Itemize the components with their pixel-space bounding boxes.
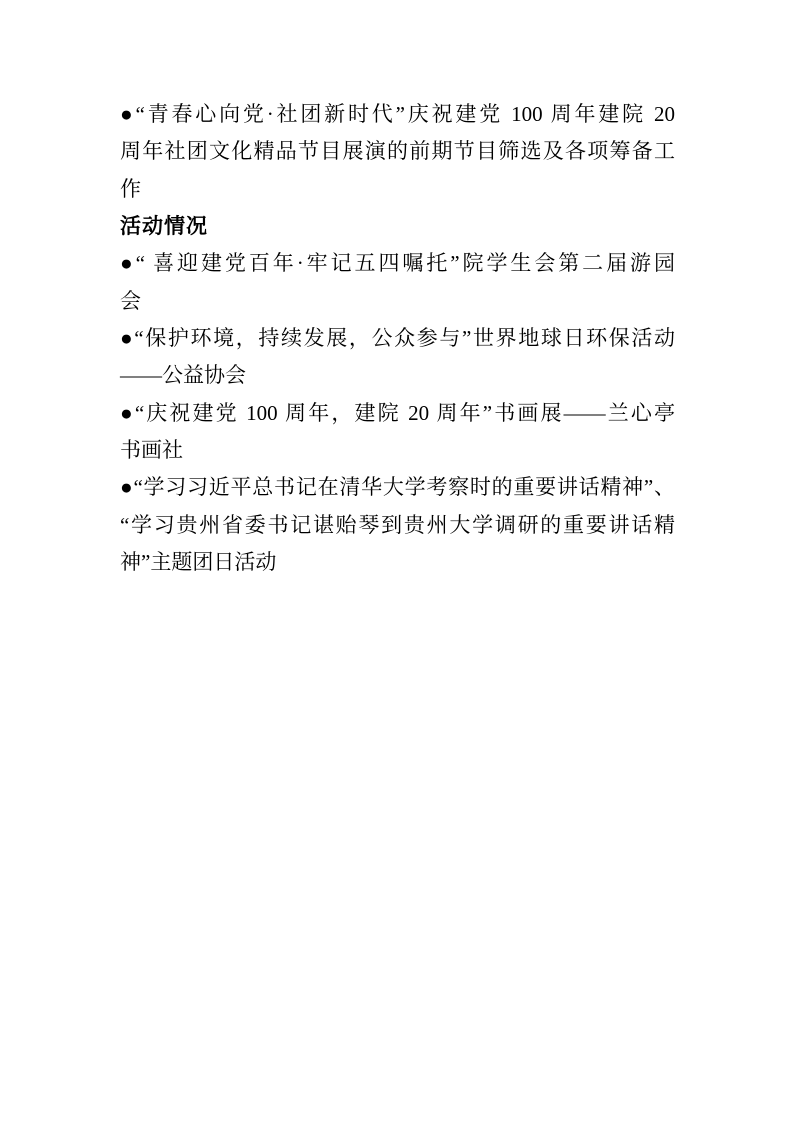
doc-line-bullet-2b: 会 (120, 283, 675, 320)
doc-line-bullet-3a: ●“保护环境，持续发展，公众参与”世界地球日环保活动 (120, 320, 675, 357)
doc-line-bullet-1a: ●“青春心向党·社团新时代”庆祝建党 100 周年建院 20 (120, 96, 675, 133)
section-heading: 活动情况 (120, 208, 675, 245)
doc-line-bullet-5a: ●“学习习近平总书记在清华大学考察时的重要讲话精神”、 (120, 469, 675, 506)
doc-line-bullet-4a: ●“庆祝建党 100 周年，建院 20 周年”书画展——兰心亭 (120, 395, 675, 432)
doc-line-bullet-1b: 周年社团文化精品节目展演的前期节目筛选及各项筹备工 (120, 133, 675, 170)
document-page: ●“青春心向党·社团新时代”庆祝建党 100 周年建院 20 周年社团文化精品节… (0, 0, 793, 1122)
document-content: ●“青春心向党·社团新时代”庆祝建党 100 周年建院 20 周年社团文化精品节… (120, 96, 675, 581)
doc-line-bullet-2a: ●“ 喜迎建党百年·牢记五四嘱托”院学生会第二届游园 (120, 245, 675, 282)
doc-line-bullet-5c: 神”主题团日活动 (120, 544, 675, 581)
doc-line-bullet-1c: 作 (120, 171, 675, 208)
doc-line-bullet-5b: “学习贵州省委书记谌贻琴到贵州大学调研的重要讲话精 (120, 507, 675, 544)
doc-line-bullet-4b: 书画社 (120, 432, 675, 469)
doc-line-bullet-3b: ——公益协会 (120, 357, 675, 394)
